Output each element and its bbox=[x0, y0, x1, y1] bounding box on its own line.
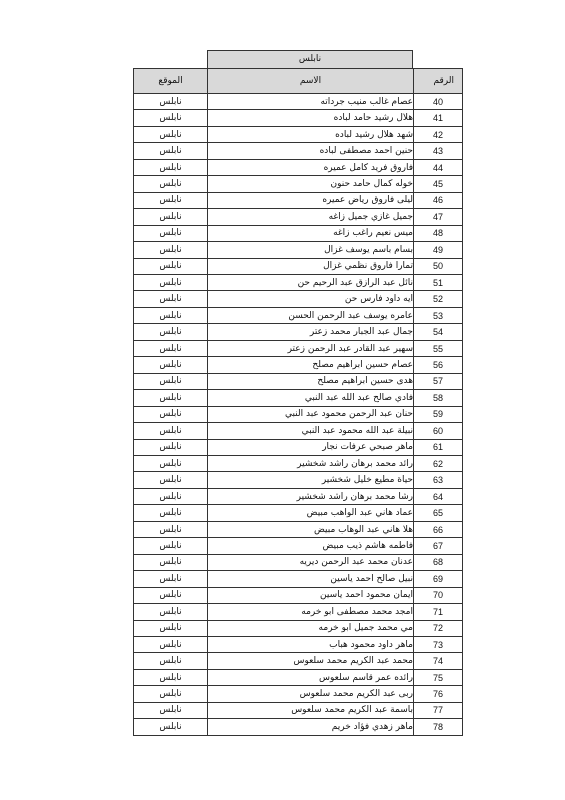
row-number: 49 bbox=[414, 242, 463, 258]
row-number: 50 bbox=[414, 258, 463, 274]
table-row: 76ربى عبد الكريم محمد سلعوسنابلس bbox=[134, 686, 463, 702]
row-name: عماد هاني عبد الواهب مبيض bbox=[208, 505, 414, 521]
table-row: 61ماهر صبحي عرفات نجارنابلس bbox=[134, 439, 463, 455]
row-number: 59 bbox=[414, 406, 463, 422]
row-number: 60 bbox=[414, 423, 463, 439]
row-name: ميس نعيم راغب زاغه bbox=[208, 225, 414, 241]
row-name: رائده عمر قاسم سلعوس bbox=[208, 669, 414, 685]
row-location: نابلس bbox=[134, 702, 208, 718]
row-location: نابلس bbox=[134, 143, 208, 159]
row-name: هدى حسين ابراهيم مصلح bbox=[208, 373, 414, 389]
table-row: 40عصام غالب منيب جرداتهنابلس bbox=[134, 94, 463, 110]
column-header-location: الموقع bbox=[134, 69, 208, 94]
row-name: حياة مطيع خليل شخشير bbox=[208, 472, 414, 488]
table-row: 58فادي صالح عبد الله عبد النبينابلس bbox=[134, 390, 463, 406]
table-row: 68عدنان محمد عبد الرحمن ديريهنابلس bbox=[134, 554, 463, 570]
row-name: نائل عبد الرازق عبد الرحيم حن bbox=[208, 274, 414, 290]
row-number: 67 bbox=[414, 538, 463, 554]
row-name: عصام حسين ابراهيم مصلح bbox=[208, 357, 414, 373]
table-row: 49بسام باسم يوسف غزالنابلس bbox=[134, 242, 463, 258]
row-location: نابلس bbox=[134, 669, 208, 685]
row-location: نابلس bbox=[134, 258, 208, 274]
row-number: 72 bbox=[414, 620, 463, 636]
row-name: ماهر داود محمود هباب bbox=[208, 636, 414, 652]
table-row: 55سهير عبد القادر عبد الرحمن زعترنابلس bbox=[134, 340, 463, 356]
row-number: 46 bbox=[414, 192, 463, 208]
table-row: 41هلال رشيد حامد لبادهنابلس bbox=[134, 110, 463, 126]
row-name: جميل غازي جميل زاغه bbox=[208, 209, 414, 225]
row-number: 61 bbox=[414, 439, 463, 455]
table-row: 42شهد هلال رشيد لبادهنابلس bbox=[134, 126, 463, 142]
roster-table: الرقم الاسم الموقع 40عصام غالب منيب جردا… bbox=[133, 68, 463, 736]
row-number: 74 bbox=[414, 653, 463, 669]
row-number: 62 bbox=[414, 455, 463, 471]
row-location: نابلس bbox=[134, 455, 208, 471]
row-number: 52 bbox=[414, 291, 463, 307]
table-row: 53عامره يوسف عبد الرحمن الحسننابلس bbox=[134, 307, 463, 323]
table-row: 69نبيل صالح احمد ياسيننابلس bbox=[134, 571, 463, 587]
table-row: 70ايمان محمود احمد ياسيننابلس bbox=[134, 587, 463, 603]
table-row: 52ايه داود فارس حننابلس bbox=[134, 291, 463, 307]
row-number: 69 bbox=[414, 571, 463, 587]
row-location: نابلس bbox=[134, 604, 208, 620]
table-row: 47جميل غازي جميل زاغهنابلس bbox=[134, 209, 463, 225]
table-row: 44فاروق فريد كامل عميرهنابلس bbox=[134, 159, 463, 175]
row-location: نابلس bbox=[134, 439, 208, 455]
row-location: نابلس bbox=[134, 242, 208, 258]
row-location: نابلس bbox=[134, 472, 208, 488]
row-name: نبيل صالح احمد ياسين bbox=[208, 571, 414, 587]
row-location: نابلس bbox=[134, 110, 208, 126]
row-number: 68 bbox=[414, 554, 463, 570]
row-name: هلال رشيد حامد لباده bbox=[208, 110, 414, 126]
row-number: 71 bbox=[414, 604, 463, 620]
row-number: 51 bbox=[414, 274, 463, 290]
row-name: باسمة عبد الكريم محمد سلعوس bbox=[208, 702, 414, 718]
row-location: نابلس bbox=[134, 587, 208, 603]
row-location: نابلس bbox=[134, 274, 208, 290]
row-location: نابلس bbox=[134, 209, 208, 225]
row-name: حنان عبد الرحمن محمود عبد النبي bbox=[208, 406, 414, 422]
row-location: نابلس bbox=[134, 686, 208, 702]
row-name: تمارا فاروق نظمي غزال bbox=[208, 258, 414, 274]
row-name: سهير عبد القادر عبد الرحمن زعتر bbox=[208, 340, 414, 356]
row-number: 75 bbox=[414, 669, 463, 685]
table-row: 48ميس نعيم راغب زاغهنابلس bbox=[134, 225, 463, 241]
row-location: نابلس bbox=[134, 373, 208, 389]
row-name: هلا هاني عبد الوهاب مبيض bbox=[208, 521, 414, 537]
row-location: نابلس bbox=[134, 521, 208, 537]
row-number: 40 bbox=[414, 94, 463, 110]
table-row: 66هلا هاني عبد الوهاب مبيضنابلس bbox=[134, 521, 463, 537]
table-row: 54جمال عبد الجبار محمد زعترنابلس bbox=[134, 324, 463, 340]
row-location: نابلس bbox=[134, 176, 208, 192]
table-row: 56عصام حسين ابراهيم مصلحنابلس bbox=[134, 357, 463, 373]
table-row: 78ماهر زهدي فؤاد خريمنابلس bbox=[134, 719, 463, 735]
row-number: 53 bbox=[414, 307, 463, 323]
table-row: 75رائده عمر قاسم سلعوسنابلس bbox=[134, 669, 463, 685]
row-name: ايمان محمود احمد ياسين bbox=[208, 587, 414, 603]
table-row: 45خوله كمال حامد حنوننابلس bbox=[134, 176, 463, 192]
row-location: نابلس bbox=[134, 340, 208, 356]
column-header-name: الاسم bbox=[208, 69, 414, 94]
row-location: نابلس bbox=[134, 488, 208, 504]
row-location: نابلس bbox=[134, 423, 208, 439]
row-location: نابلس bbox=[134, 505, 208, 521]
row-name: مي محمد جميل ابو خرمه bbox=[208, 620, 414, 636]
table-row: 62رائد محمد برهان راشد شخشيرنابلس bbox=[134, 455, 463, 471]
table-row: 50تمارا فاروق نظمي غزالنابلس bbox=[134, 258, 463, 274]
group-header-nablus: نابلس bbox=[207, 50, 413, 68]
row-number: 41 bbox=[414, 110, 463, 126]
row-number: 56 bbox=[414, 357, 463, 373]
table-row: 74محمد عبد الكريم محمد سلعوسنابلس bbox=[134, 653, 463, 669]
row-name: نبيلة عبد الله محمود عبد النبي bbox=[208, 423, 414, 439]
row-name: رائد محمد برهان راشد شخشير bbox=[208, 455, 414, 471]
row-location: نابلس bbox=[134, 357, 208, 373]
table-row: 65عماد هاني عبد الواهب مبيضنابلس bbox=[134, 505, 463, 521]
table-row: 72مي محمد جميل ابو خرمهنابلس bbox=[134, 620, 463, 636]
row-number: 42 bbox=[414, 126, 463, 142]
table-body: 40عصام غالب منيب جرداتهنابلس41هلال رشيد … bbox=[134, 94, 463, 736]
row-name: محمد عبد الكريم محمد سلعوس bbox=[208, 653, 414, 669]
row-number: 65 bbox=[414, 505, 463, 521]
table-row: 51نائل عبد الرازق عبد الرحيم حننابلس bbox=[134, 274, 463, 290]
table-row: 63حياة مطيع خليل شخشيرنابلس bbox=[134, 472, 463, 488]
row-location: نابلس bbox=[134, 719, 208, 735]
table-row: 73ماهر داود محمود هبابنابلس bbox=[134, 636, 463, 652]
row-number: 66 bbox=[414, 521, 463, 537]
row-name: خوله كمال حامد حنون bbox=[208, 176, 414, 192]
row-name: فادي صالح عبد الله عبد النبي bbox=[208, 390, 414, 406]
row-name: فاطمه هاشم ذيب مبيض bbox=[208, 538, 414, 554]
row-location: نابلس bbox=[134, 538, 208, 554]
row-name: شهد هلال رشيد لباده bbox=[208, 126, 414, 142]
row-location: نابلس bbox=[134, 225, 208, 241]
row-location: نابلس bbox=[134, 192, 208, 208]
row-name: ليلى فاروق رياض عميره bbox=[208, 192, 414, 208]
row-location: نابلس bbox=[134, 307, 208, 323]
column-header-number: الرقم bbox=[414, 69, 463, 94]
row-number: 64 bbox=[414, 488, 463, 504]
row-number: 55 bbox=[414, 340, 463, 356]
row-name: حنين احمد مصطفى لباده bbox=[208, 143, 414, 159]
row-location: نابلس bbox=[134, 94, 208, 110]
row-name: ماهر صبحي عرفات نجار bbox=[208, 439, 414, 455]
row-name: رشا محمد برهان راشد شخشير bbox=[208, 488, 414, 504]
row-number: 47 bbox=[414, 209, 463, 225]
row-name: عامره يوسف عبد الرحمن الحسن bbox=[208, 307, 414, 323]
row-number: 48 bbox=[414, 225, 463, 241]
row-name: عصام غالب منيب جرداته bbox=[208, 94, 414, 110]
row-number: 45 bbox=[414, 176, 463, 192]
row-number: 77 bbox=[414, 702, 463, 718]
row-name: عدنان محمد عبد الرحمن ديريه bbox=[208, 554, 414, 570]
row-location: نابلس bbox=[134, 554, 208, 570]
row-name: ماهر زهدي فؤاد خريم bbox=[208, 719, 414, 735]
row-number: 43 bbox=[414, 143, 463, 159]
row-number: 58 bbox=[414, 390, 463, 406]
header-row: الرقم الاسم الموقع bbox=[134, 69, 463, 94]
table-row: 46ليلى فاروق رياض عميرهنابلس bbox=[134, 192, 463, 208]
table-row: 67فاطمه هاشم ذيب مبيضنابلس bbox=[134, 538, 463, 554]
row-number: 73 bbox=[414, 636, 463, 652]
row-location: نابلس bbox=[134, 571, 208, 587]
row-location: نابلس bbox=[134, 324, 208, 340]
row-name: جمال عبد الجبار محمد زعتر bbox=[208, 324, 414, 340]
row-location: نابلس bbox=[134, 159, 208, 175]
row-name: ايه داود فارس حن bbox=[208, 291, 414, 307]
row-location: نابلس bbox=[134, 620, 208, 636]
row-location: نابلس bbox=[134, 406, 208, 422]
row-name: امجد محمد مصطفى ابو خرمه bbox=[208, 604, 414, 620]
table-row: 43حنين احمد مصطفى لبادهنابلس bbox=[134, 143, 463, 159]
table-row: 57هدى حسين ابراهيم مصلحنابلس bbox=[134, 373, 463, 389]
table-row: 60نبيلة عبد الله محمود عبد النبينابلس bbox=[134, 423, 463, 439]
row-name: ربى عبد الكريم محمد سلعوس bbox=[208, 686, 414, 702]
row-number: 44 bbox=[414, 159, 463, 175]
table-row: 59حنان عبد الرحمن محمود عبد النبينابلس bbox=[134, 406, 463, 422]
row-number: 63 bbox=[414, 472, 463, 488]
table-row: 71امجد محمد مصطفى ابو خرمهنابلس bbox=[134, 604, 463, 620]
row-number: 78 bbox=[414, 719, 463, 735]
row-name: فاروق فريد كامل عميره bbox=[208, 159, 414, 175]
row-location: نابلس bbox=[134, 126, 208, 142]
row-location: نابلس bbox=[134, 291, 208, 307]
row-number: 70 bbox=[414, 587, 463, 603]
row-number: 54 bbox=[414, 324, 463, 340]
row-number: 57 bbox=[414, 373, 463, 389]
table-row: 64رشا محمد برهان راشد شخشيرنابلس bbox=[134, 488, 463, 504]
table-row: 77باسمة عبد الكريم محمد سلعوسنابلس bbox=[134, 702, 463, 718]
row-location: نابلس bbox=[134, 653, 208, 669]
row-location: نابلس bbox=[134, 390, 208, 406]
row-location: نابلس bbox=[134, 636, 208, 652]
row-number: 76 bbox=[414, 686, 463, 702]
row-name: بسام باسم يوسف غزال bbox=[208, 242, 414, 258]
